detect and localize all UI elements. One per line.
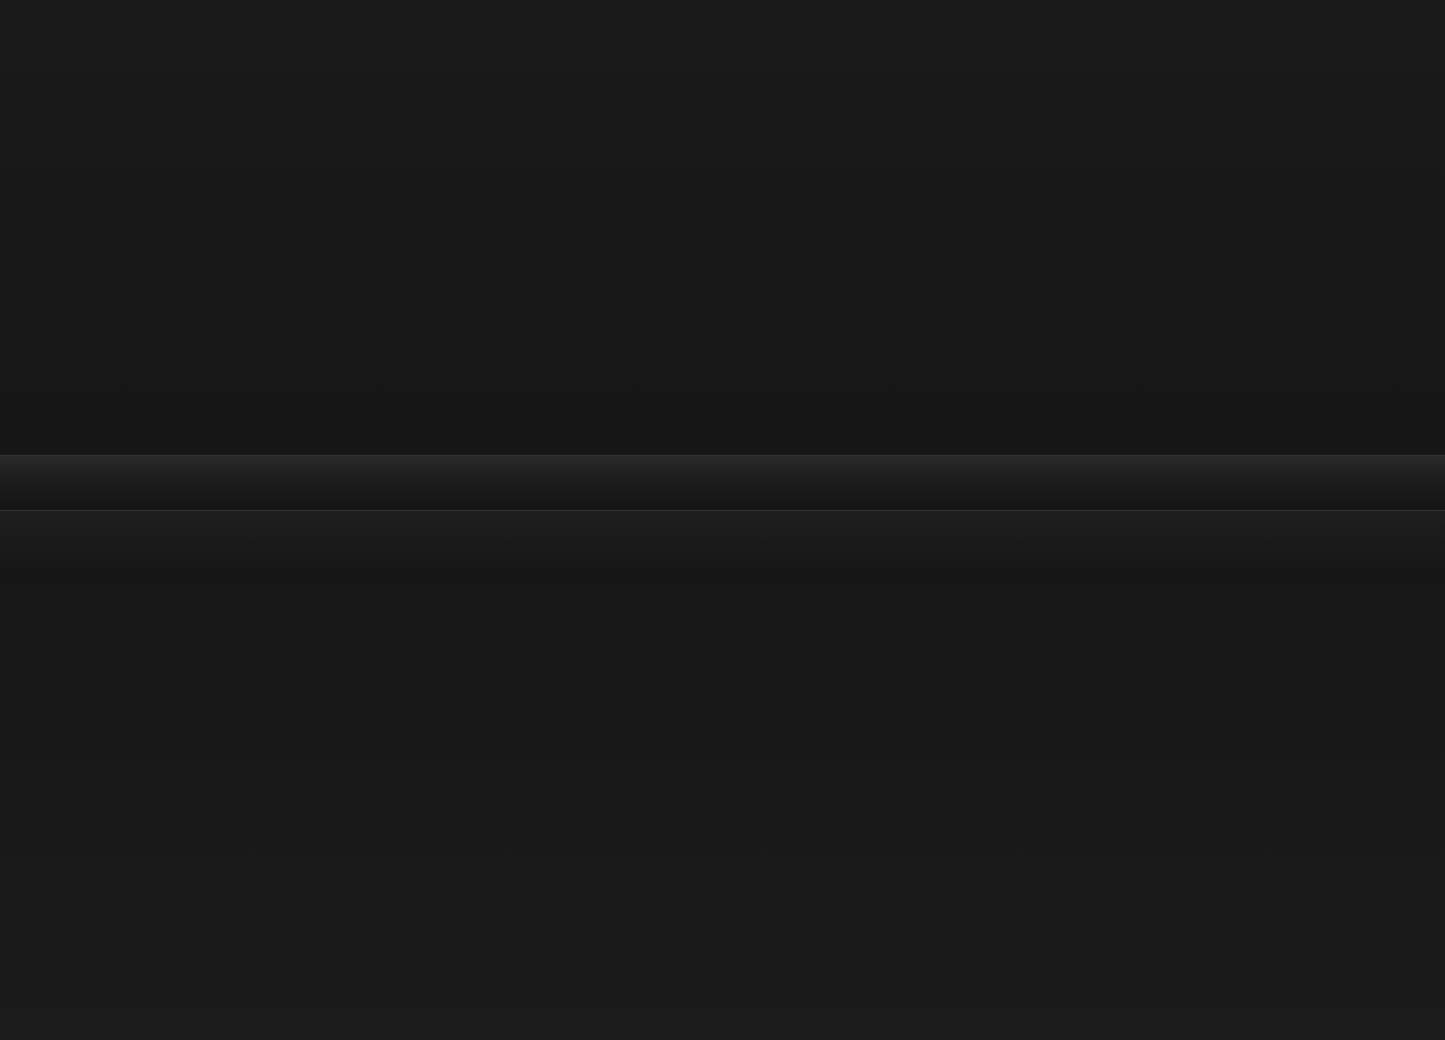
stamp-bottom-left bbox=[80, 585, 735, 1015]
stamp-top bbox=[375, 52, 1055, 462]
stock-strip bbox=[0, 455, 1445, 511]
stamp-bottom-right bbox=[737, 585, 1392, 1015]
stock-strip bbox=[0, 510, 1445, 581]
